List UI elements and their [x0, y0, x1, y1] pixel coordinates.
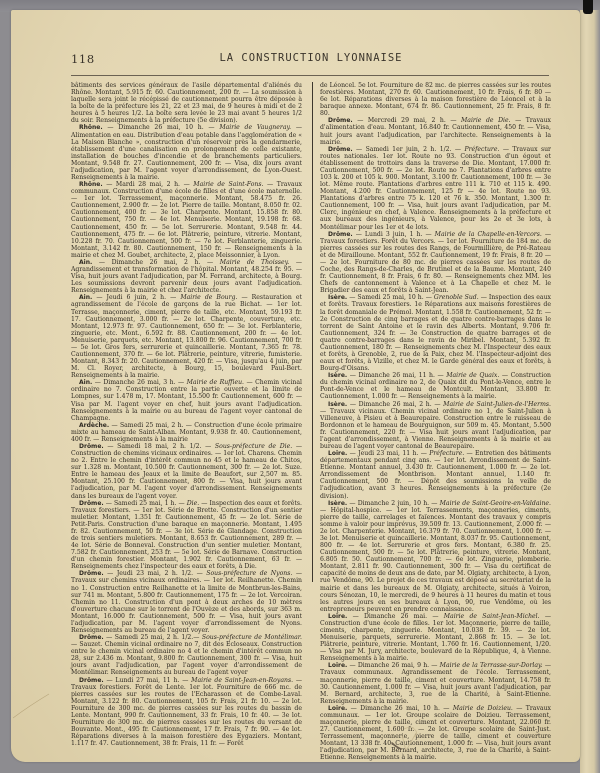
department-name: Loire.	[328, 662, 347, 669]
notice-entry: bâtiments des services généraux de l'asi…	[71, 82, 302, 124]
department-name: Drôme.	[79, 570, 104, 577]
notice-venue: Mairie de Vaugneray.	[219, 124, 291, 131]
notice-entry: Drôme. — Samedi 1er juin, 2 h. 1/2. — Pr…	[320, 146, 551, 231]
notice-body: — Chemin vicinal ordinaire no 7. Constru…	[71, 379, 302, 421]
department-name: Rhône.	[79, 124, 103, 131]
notice-body: — Travaux communaux. — 1er lot. Groupe s…	[320, 705, 551, 762]
notice-venue: Sous-préfecture de Montélimar.	[202, 634, 302, 641]
notice-body: — Travaux sur routes nationales. 1er lot…	[320, 146, 551, 231]
department-name: Loire.	[328, 613, 347, 620]
department-name: Drôme.	[328, 231, 353, 238]
notice-entry: Drôme. — Samedi 25 mai, 1 h. — Die. — In…	[71, 500, 302, 571]
notice-date: — Lundi 27 mai, 11 h. —	[104, 677, 192, 684]
page-header: 118 LA CONSTRUCTION LYONNAISE	[71, 52, 551, 70]
binder-clip	[583, 0, 593, 14]
department-name: Ardèche.	[79, 422, 109, 429]
notice-entry: Ardèche. — Samedi 25 mai, 2 h. — Constru…	[71, 422, 302, 443]
notice-venue: Grenoble Sud.	[434, 294, 479, 301]
department-name: Isère.	[328, 500, 347, 507]
running-title: LA CONSTRUCTION LYONNAISE	[71, 52, 551, 64]
notice-date: — Samedi 18 mai, 2 h. 1/2. —	[104, 443, 215, 450]
notice-date: — Jeudi 23 mai, 2 h. 1/2. —	[104, 570, 207, 577]
notice-venue: Mairie de Saint-Jean-Michel.	[444, 613, 540, 620]
notice-venue: Mairie de Quaix.	[446, 372, 499, 379]
notice-entry: Loire. — Jeudi 23 mai, 11 h. — Préfectur…	[320, 450, 551, 500]
notice-body: — Hôpital-hospice. — 1er lot. Terrasseme…	[320, 507, 551, 613]
notice-date: — Dimanche 26 mai, 10 h. —	[347, 705, 453, 712]
pencil-annotation-mark	[386, 723, 426, 763]
notice-venue: Mairie de Saint-Geoire-en-Valdaine.	[440, 500, 551, 507]
department-name: Ain.	[79, 294, 92, 301]
book-spine-edge	[580, 10, 600, 773]
notice-date: — Jeudi 6 juin, 2 h. —	[92, 294, 180, 301]
notice-date: — Dimanche 26 mai, 2 h. —	[347, 401, 443, 408]
notice-venue: Mairie de Ruffieu.	[187, 379, 244, 386]
department-name: Drôme.	[79, 677, 104, 684]
department-name: Isère.	[328, 294, 347, 301]
notice-entry: Drôme. — Lundi 27 mai, 11 h. — Mairie de…	[71, 677, 302, 748]
notice-venue: Mairie de la Chapelle-en-Vercors.	[435, 231, 542, 238]
right-column: de Léoncel. 5e lot. Fourniture de 82 mc.…	[320, 82, 551, 762]
notice-entry: Isère. — Dimanche 26 mai, 11 h. — Mairie…	[320, 372, 551, 400]
department-name: Loire.	[328, 705, 347, 712]
notice-date: — Samedi 25 mai, 10 h. —	[347, 294, 434, 301]
notice-entry: Rhône. — Mardi 28 mai, 2 h. — Mairie de …	[71, 181, 302, 259]
notice-date: — Dimanche 26 mai. —	[347, 613, 443, 620]
notice-body: — Travaux forestiers. Forêt de Lente. 1e…	[71, 677, 302, 748]
notice-date: — Dimanche 26 mai, 3 h. —	[92, 379, 186, 386]
notice-body: bâtiments des services généraux de l'asi…	[71, 82, 302, 124]
department-name: Isère.	[328, 372, 347, 379]
department-name: Rhône.	[79, 181, 103, 188]
department-name: Loire.	[328, 450, 347, 457]
notice-entry: Rhône. — Dimanche 26 mai, 10 h. — Mairie…	[71, 124, 302, 181]
notice-venue: Sous-préfecture de Die.	[215, 443, 292, 450]
notice-date: — Dimanche 26 mai, 9 h. —	[347, 662, 439, 669]
header-rule	[71, 75, 549, 76]
notice-entry: Isère. — Dimanche 26 mai, 2 h. — Mairie …	[320, 401, 551, 451]
notice-venue: Mairie de Bourg.	[180, 294, 237, 301]
notice-entry: Ain. — Dimanche 26 mai, 2 h. — Mairie de…	[71, 259, 302, 294]
notice-entry: Loire. — Dimanche 26 mai, 10 h. — Mairie…	[320, 705, 551, 762]
notice-date: — Dimanche 26 mai, 11 h. —	[347, 372, 446, 379]
notice-venue: Préfecture.	[464, 146, 499, 153]
notice-entry: Drôme. — Lundi 3 juin, 1 h. — Mairie de …	[320, 231, 551, 295]
notice-body: — Construction d'une école de filles. 1e…	[320, 613, 551, 662]
notice-venue: Mairie de la Terrasse-sur-Dorlay.	[440, 662, 543, 669]
notice-body: — Travaux communaux. Agrandissement de l…	[320, 662, 551, 704]
notice-body: — Entretien des bâtiments départementaux…	[320, 450, 551, 499]
notice-venue: Mairie de Saint-Julien-de-l'Herms.	[443, 401, 551, 408]
notice-date: — Samedi 25 mai, 2 h. —	[109, 422, 194, 429]
notice-venue: Préfecture.	[429, 450, 464, 457]
notice-date: — Dimanche 2 juin, 10 h. —	[347, 500, 439, 507]
notice-venue: Die.	[187, 500, 199, 507]
column-divider	[312, 82, 313, 582]
department-name: Ain.	[79, 379, 92, 386]
notice-body: — Travaux sur chemins vicinaux ordinaire…	[71, 570, 302, 634]
notice-entry: Drôme. — Mercredi 29 mai, 2 h. — Mairie …	[320, 117, 551, 145]
notice-venue: Mairie de Doizieu.	[453, 705, 513, 712]
notice-date: — Mercredi 29 mai, 2 h. —	[353, 117, 461, 124]
notice-date: — Samedi 25 mai, 1 h. —	[104, 500, 187, 507]
notice-entry: Loire. — Dimanche 26 mai. — Mairie de Sa…	[320, 613, 551, 663]
paper-crease-mark	[11, 690, 51, 720]
notice-body: — Travaux communaux. Construction d'une …	[71, 181, 302, 259]
notice-date: — Dimanche 26 mai, 10 h. —	[103, 124, 220, 131]
notice-body: — Alimentation en eau. Distribution d'ea…	[71, 124, 302, 181]
notice-venue: Mairie de Thoissey.	[220, 259, 289, 266]
notice-entry: Drôme. — Samedi 25 mai, 2 h. 1/2.— Sous-…	[71, 634, 302, 676]
notice-entry: Isère. — Dimanche 2 juin, 10 h. — Mairie…	[320, 500, 551, 613]
notice-entry: Isère. — Samedi 25 mai, 10 h. — Grenoble…	[320, 294, 551, 372]
notice-date: — Lundi 3 juin, 1 h. —	[353, 231, 435, 238]
department-name: Drôme.	[79, 500, 104, 507]
notice-body: — Inspection des eaux et forêts. Travaux…	[320, 294, 551, 372]
notice-body: — Restauration et agrandissement de l'éc…	[71, 294, 302, 379]
notice-venue: Mairie de Saint-Jean-en-Royans.	[191, 677, 293, 684]
department-name: Isère.	[328, 401, 347, 408]
notice-entry: Loire. — Dimanche 26 mai, 9 h. — Mairie …	[320, 662, 551, 704]
notice-entry: Drôme. — Samedi 18 mai, 2 h. 1/2. — Sous…	[71, 443, 302, 500]
notice-venue: Mairie de Saint-Fons.	[193, 181, 263, 188]
notice-body: — Inspection des eaux et forêts. Travaux…	[71, 500, 302, 571]
department-name: Ain.	[79, 259, 92, 266]
notice-entry: Ain. — Dimanche 26 mai, 3 h. — Mairie de…	[71, 379, 302, 421]
notice-body: — Travaux vicinaux. Chemin vicinal ordin…	[320, 408, 551, 450]
notice-date: — Dimanche 26 mai, 2 h. —	[92, 259, 220, 266]
notice-date: — Samedi 1er juin, 2 h. 1/2. —	[353, 146, 465, 153]
notice-venue: Mairie de Die.	[461, 117, 511, 124]
notice-entry: Ain. — Jeudi 6 juin, 2 h. — Mairie de Bo…	[71, 294, 302, 379]
department-name: Drôme.	[328, 146, 353, 153]
notice-date: — Mardi 28 mai, 2 h. —	[103, 181, 194, 188]
department-name: Drôme.	[328, 117, 353, 124]
department-name: Drôme.	[79, 634, 104, 641]
notice-body: — Travaux forestiers. Forêt du Vercors. …	[320, 231, 551, 295]
notice-venue: Sous-préfecture de Nyons.	[206, 570, 292, 577]
notice-entry: de Léoncel. 5e lot. Fourniture de 82 mc.…	[320, 82, 551, 117]
notice-body: — Sauzet. Chemin vicinal ordinaire no 7,…	[71, 641, 302, 676]
notice-date: — Samedi 25 mai, 2 h. 1/2.—	[104, 634, 202, 641]
notice-entry: Drôme. — Jeudi 23 mai, 2 h. 1/2. — Sous-…	[71, 570, 302, 634]
notice-date: — Jeudi 23 mai, 11 h. —	[347, 450, 429, 457]
notice-body: de Léoncel. 5e lot. Fourniture de 82 mc.…	[320, 82, 551, 117]
left-column: bâtiments des services généraux de l'asi…	[71, 82, 302, 747]
department-name: Drôme.	[79, 443, 104, 450]
notice-body: — Construction de chemins vicinaux ordin…	[71, 443, 302, 500]
